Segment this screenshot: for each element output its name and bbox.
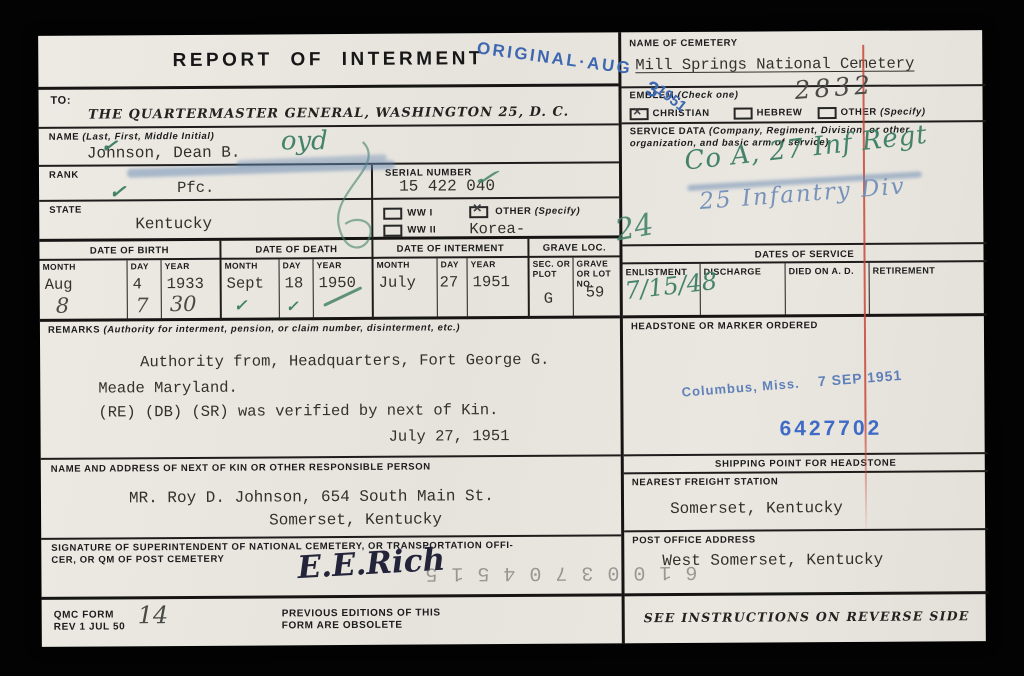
hebrew-checkbox bbox=[734, 108, 753, 120]
death-month-value: Sept bbox=[227, 275, 264, 293]
other-war-label: OTHER (Specify) bbox=[495, 206, 580, 219]
birth-year-label: YEAR bbox=[165, 262, 220, 272]
dates-of-service-section: DATES OF SERVICE ENLISTMENT DISCHARGE DI… bbox=[622, 244, 986, 318]
date-of-birth-header: DATE OF BIRTH bbox=[39, 241, 219, 261]
name-label-main: NAME bbox=[49, 132, 79, 143]
other-emblem-label-detail: (Specify) bbox=[880, 106, 926, 117]
rank-value: Pfc. bbox=[177, 179, 214, 197]
rank-label: RANK bbox=[49, 170, 79, 183]
remarks-line1: Authority from, Headquarters, Fort Georg… bbox=[140, 351, 549, 371]
retirement-cell: RETIREMENT bbox=[870, 262, 987, 315]
emblem-pencil-number: 2832 bbox=[793, 70, 875, 105]
scanned-document-background: REPORT OF INTERMENT TO: THE QUARTERMASTE… bbox=[0, 0, 1024, 676]
next-of-kin-label: NAME AND ADDRESS OF NEXT OF KIN OR OTHER… bbox=[51, 461, 431, 476]
pencil-x-mark: ✕ bbox=[472, 202, 482, 214]
christian-x-mark: ✕ bbox=[633, 107, 642, 118]
upside-down-pencil-serial: 61003704515 bbox=[337, 560, 697, 585]
ww2-label: WW II bbox=[407, 224, 436, 237]
birth-year-pencil: 30 bbox=[170, 292, 197, 316]
died-on-ad-cell: DIED ON A. D. bbox=[786, 263, 870, 316]
to-label: TO: bbox=[50, 94, 71, 108]
post-office-label: POST OFFICE ADDRESS bbox=[632, 535, 756, 548]
other-war-label-main: OTHER bbox=[495, 206, 531, 217]
death-year-value: 1950 bbox=[319, 274, 356, 292]
headstone-section: HEADSTONE OR MARKER ORDERED Columbus, Mi… bbox=[623, 316, 988, 456]
rank-check-mark: ✓ bbox=[108, 179, 127, 205]
state-value: Kentucky bbox=[135, 215, 212, 233]
death-month-label: MONTH bbox=[225, 261, 279, 271]
next-of-kin-line2: Somerset, Kentucky bbox=[269, 510, 442, 529]
remarks-line4: July 27, 1951 bbox=[389, 427, 510, 446]
other-war-label-detail: (Specify) bbox=[535, 206, 581, 217]
interment-month-value: July bbox=[379, 274, 416, 292]
grave-lot-value: 59 bbox=[586, 283, 605, 301]
death-day-check: ✓ bbox=[286, 297, 299, 315]
other-emblem-label: OTHER (Specify) bbox=[841, 106, 926, 119]
birth-month-cell: MONTH Aug 8 bbox=[40, 260, 128, 322]
hebrew-label: HEBREW bbox=[757, 107, 803, 120]
instructions-note: SEE INSTRUCTIONS ON REVERSE SIDE bbox=[625, 594, 989, 625]
christian-checkbox: ✕ bbox=[630, 108, 649, 120]
other-war-value: Korea- bbox=[469, 220, 525, 238]
headstone-label: HEADSTONE OR MARKER ORDERED bbox=[631, 320, 818, 333]
ww1-label: WW I bbox=[407, 207, 433, 220]
birth-month-label: MONTH bbox=[43, 262, 127, 272]
service-ink-mark: 24 bbox=[612, 207, 656, 248]
columbus-stamp-place: Columbus, Miss. bbox=[681, 376, 800, 400]
interment-year-label: YEAR bbox=[471, 260, 528, 270]
interment-day-label: DAY bbox=[441, 260, 467, 270]
remarks-label-detail: (Authority for interment, pension, or cl… bbox=[103, 322, 460, 335]
grave-plot-label: SEC. OR PLOT bbox=[533, 260, 573, 280]
shipping-header: SHIPPING POINT FOR HEADSTONE bbox=[624, 454, 988, 470]
birth-month-value: Aug bbox=[45, 276, 73, 294]
remarks-line2: Meade Maryland. bbox=[98, 379, 238, 398]
footer-pencil-number: 14 bbox=[138, 601, 169, 629]
form-footer: QMC FORM REV 1 JUL 50 14 PREVIOUS EDITIO… bbox=[42, 596, 622, 646]
columbus-stamp: Columbus, Miss. 7 SEP 1951 bbox=[681, 367, 903, 400]
form-id-line2: REV 1 JUL 50 bbox=[54, 620, 126, 633]
death-month-cell: MONTH Sept ✓ bbox=[222, 259, 280, 320]
interment-year-value: 1951 bbox=[473, 273, 510, 291]
other-emblem-label-main: OTHER bbox=[841, 107, 877, 118]
columbus-stamp-date: 7 SEP 1951 bbox=[817, 367, 902, 389]
freight-station-section: NEAREST FREIGHT STATION Somerset, Kentuc… bbox=[624, 472, 988, 532]
headstone-number-stamp: 6427702 bbox=[779, 417, 882, 442]
war-service-cell: WW I ✕ OTHER (Specify) WW II Korea- bbox=[373, 198, 619, 240]
ink-flourish bbox=[277, 132, 398, 273]
grave-plot-value: G bbox=[544, 290, 553, 308]
birth-month-pencil: 8 bbox=[56, 294, 70, 318]
grave-plot-cell: SEC. OR PLOT G bbox=[530, 258, 574, 319]
death-day-value: 18 bbox=[285, 274, 304, 292]
grave-lot-cell: GRAVE OR LOT NO. 59 bbox=[574, 257, 618, 318]
other-war-checkbox: ✕ bbox=[469, 206, 488, 218]
interment-day-value: 27 bbox=[440, 273, 459, 291]
remarks-line3: (RE) (DB) (SR) was verified by next of K… bbox=[98, 401, 498, 421]
next-of-kin-section: NAME AND ADDRESS OF NEXT OF KIN OR OTHER… bbox=[41, 456, 621, 540]
birth-day-pencil: 7 bbox=[136, 293, 149, 317]
birth-day-value: 4 bbox=[133, 275, 142, 293]
name-label: NAME (Last, First, Middle Initial) bbox=[49, 131, 215, 144]
signature-label-line2: CER, OR QM OF POST CEMETERY bbox=[51, 554, 224, 566]
birth-day-label: DAY bbox=[131, 262, 161, 272]
grave-location-group: GRAVE LOC. SEC. OR PLOT G GRAVE OR LOT N… bbox=[529, 238, 619, 319]
death-month-check: ✓ bbox=[234, 296, 248, 315]
to-row: TO: THE QUARTERMASTER GENERAL, WASHINGTO… bbox=[38, 86, 618, 129]
service-data-label-main: SERVICE DATA bbox=[630, 126, 706, 137]
freight-station-label: NEAREST FREIGHT STATION bbox=[632, 476, 779, 489]
to-address: THE QUARTERMASTER GENERAL, WASHINGTON 25… bbox=[39, 104, 619, 123]
shipping-header-row: SHIPPING POINT FOR HEADSTONE bbox=[624, 454, 988, 474]
state-label: STATE bbox=[49, 205, 82, 218]
birth-year-value: 1933 bbox=[167, 275, 204, 293]
right-column: NAME OF CEMETERY Mill Springs National C… bbox=[618, 30, 986, 643]
interment-day-cell: DAY 27 bbox=[438, 258, 468, 319]
cemetery-label: NAME OF CEMETERY bbox=[629, 38, 738, 51]
birth-year-cell: YEAR 1933 30 bbox=[162, 260, 220, 321]
name-check-mark: ✓ bbox=[99, 132, 119, 158]
report-of-interment-form: REPORT OF INTERMENT TO: THE QUARTERMASTE… bbox=[38, 30, 986, 647]
remarks-label: REMARKS (Authority for interment, pensio… bbox=[48, 321, 641, 337]
date-of-birth-group: DATE OF BIRTH MONTH Aug 8 DAY 4 7 YEAR 1… bbox=[39, 241, 221, 322]
remarks-label-main: REMARKS bbox=[48, 325, 100, 336]
dates-of-service-header: DATES OF SERVICE bbox=[622, 244, 986, 264]
obsolete-line2: FORM ARE OBSOLETE bbox=[282, 619, 403, 633]
birth-day-cell: DAY 4 7 bbox=[128, 260, 162, 321]
other-emblem-checkbox bbox=[818, 107, 837, 119]
interment-year-cell: YEAR 1951 bbox=[468, 258, 528, 319]
grave-location-header: GRAVE LOC. bbox=[529, 238, 619, 258]
freight-station-value: Somerset, Kentucky bbox=[670, 499, 843, 518]
remarks-section: REMARKS (Authority for interment, pensio… bbox=[40, 318, 621, 460]
instructions-row: SEE INSTRUCTIONS ON REVERSE SIDE bbox=[625, 594, 989, 642]
next-of-kin-line1: MR. Roy D. Johnson, 654 South Main St. bbox=[129, 487, 494, 507]
